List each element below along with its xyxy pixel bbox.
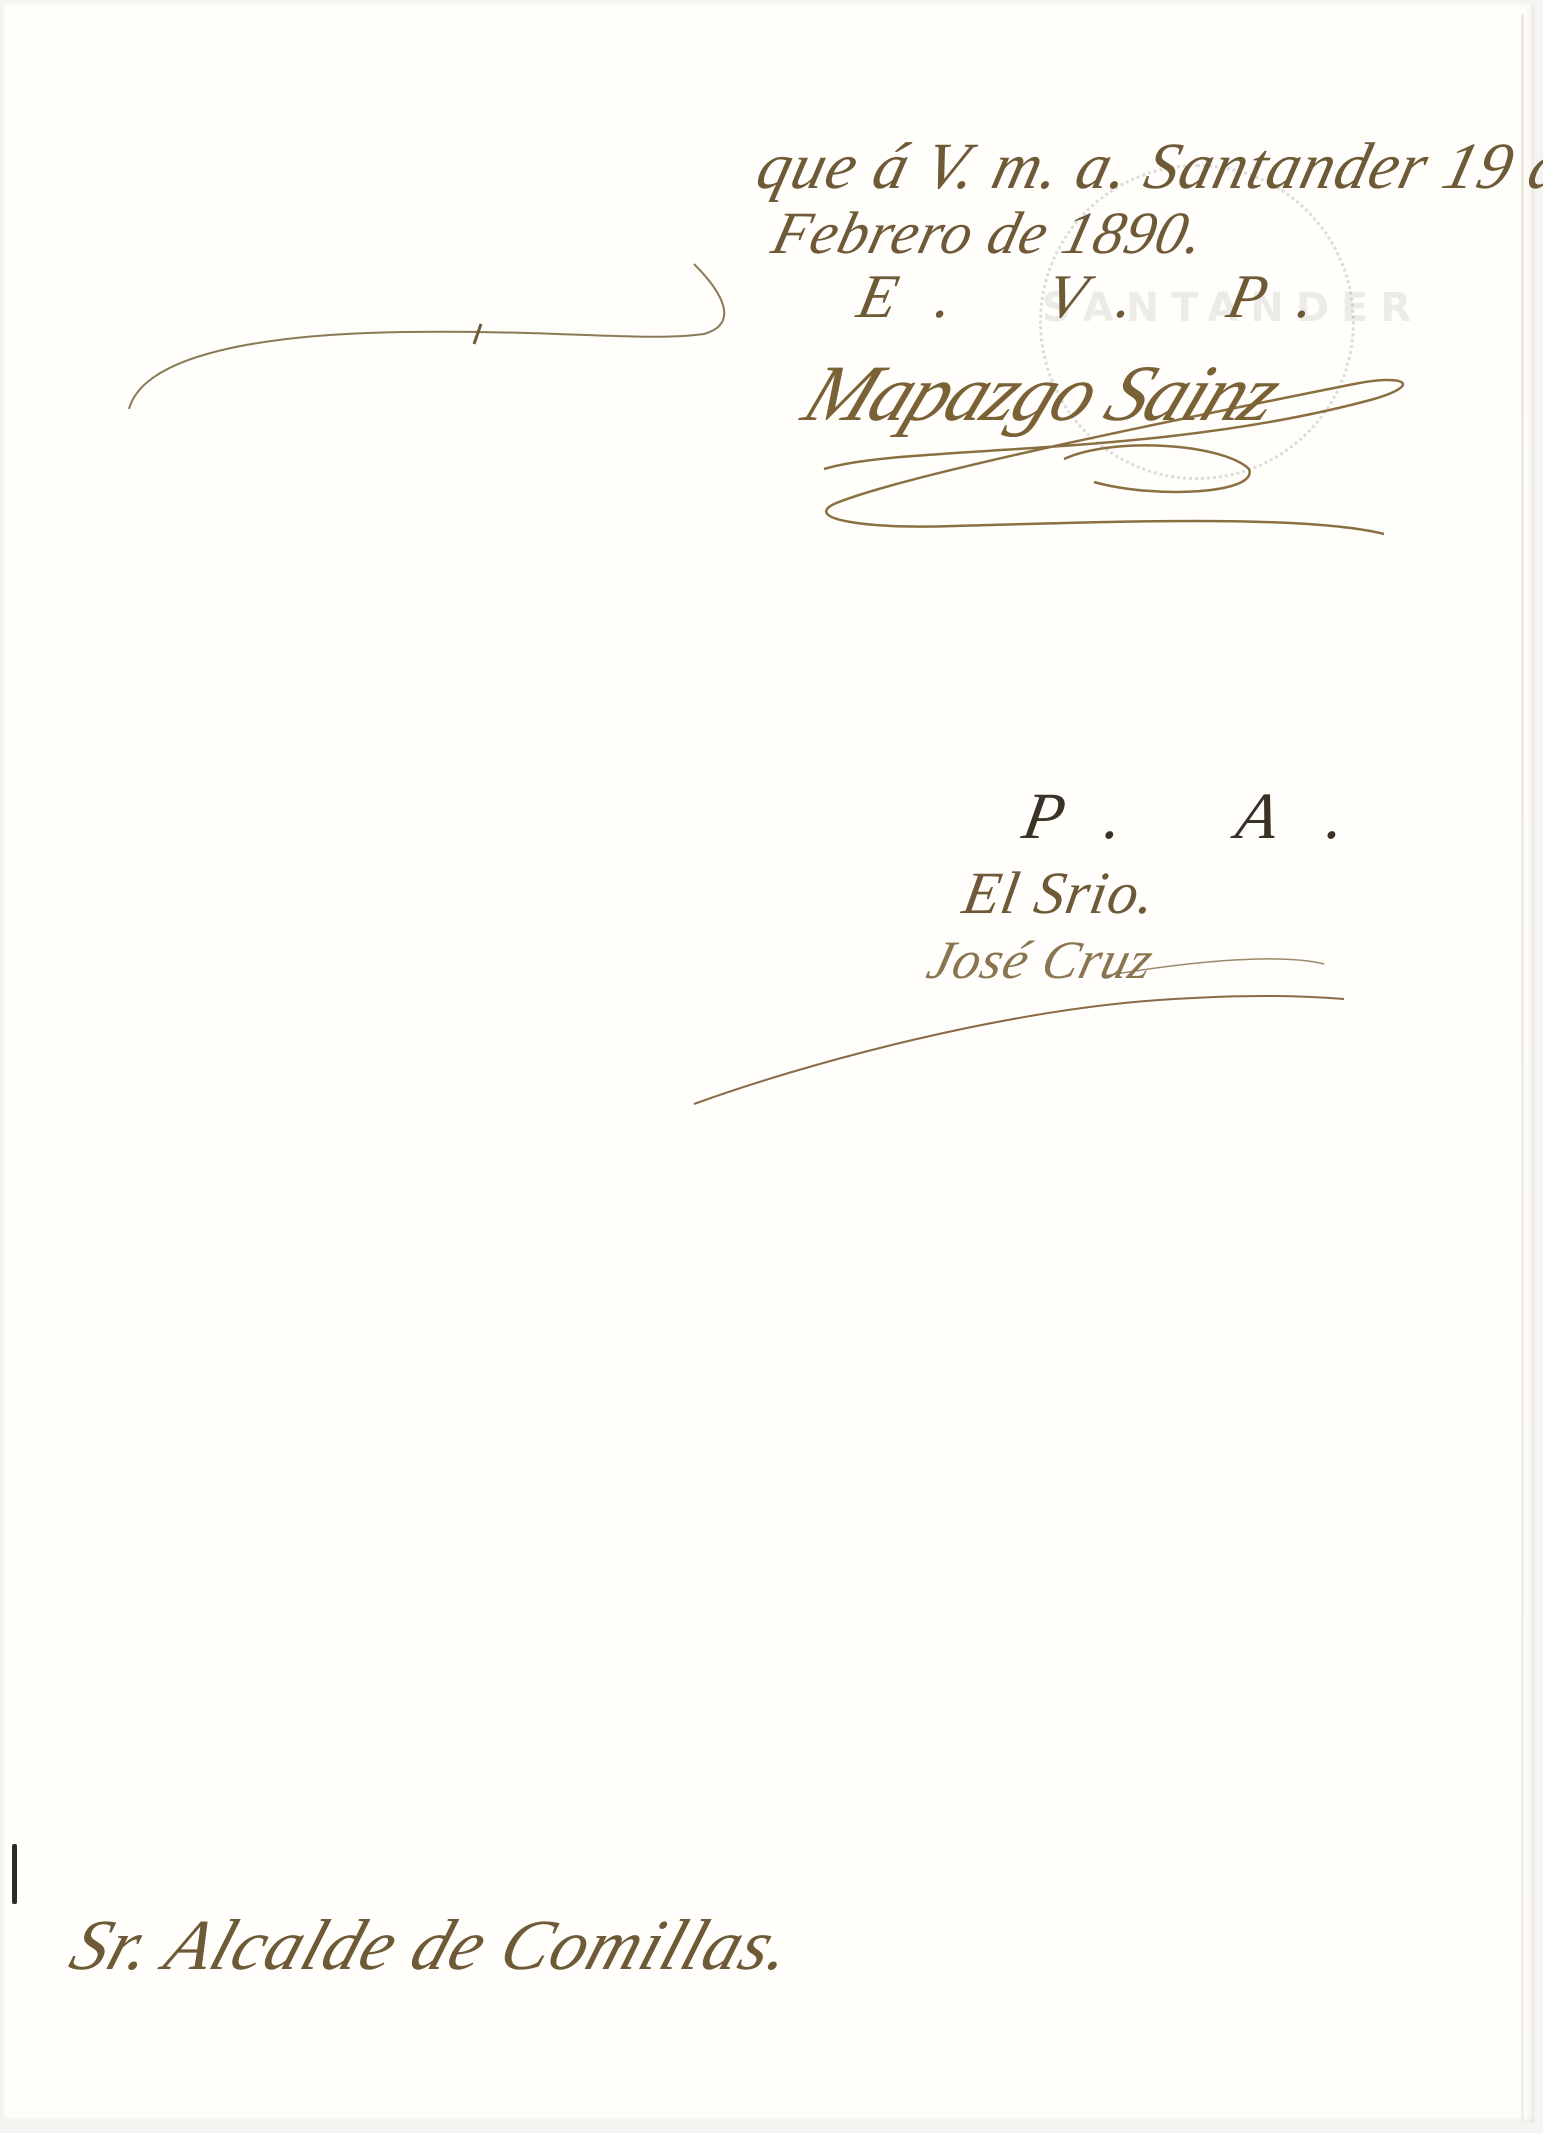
closing-line-3: E. V. P. (851, 262, 1361, 333)
addressee-line: Sr. Alcalde de Comillas. (61, 1904, 805, 1987)
secretary-initials: P. A. (1017, 779, 1401, 855)
closing-line-2: Febrero de 1890. (765, 199, 1212, 268)
secretary-signature: José Cruz (921, 929, 1160, 991)
margin-mark (12, 1844, 17, 1904)
document-page: SANTANDER que á V. m. a. Santander 19 de… (4, 4, 1534, 2122)
secretary-title: El Srio. (958, 859, 1162, 928)
page-edge (1521, 14, 1524, 2124)
closing-line-1: que á V. m. a. Santander 19 de (750, 129, 1543, 205)
main-signature: Mapazgo Sainz (791, 349, 1293, 440)
